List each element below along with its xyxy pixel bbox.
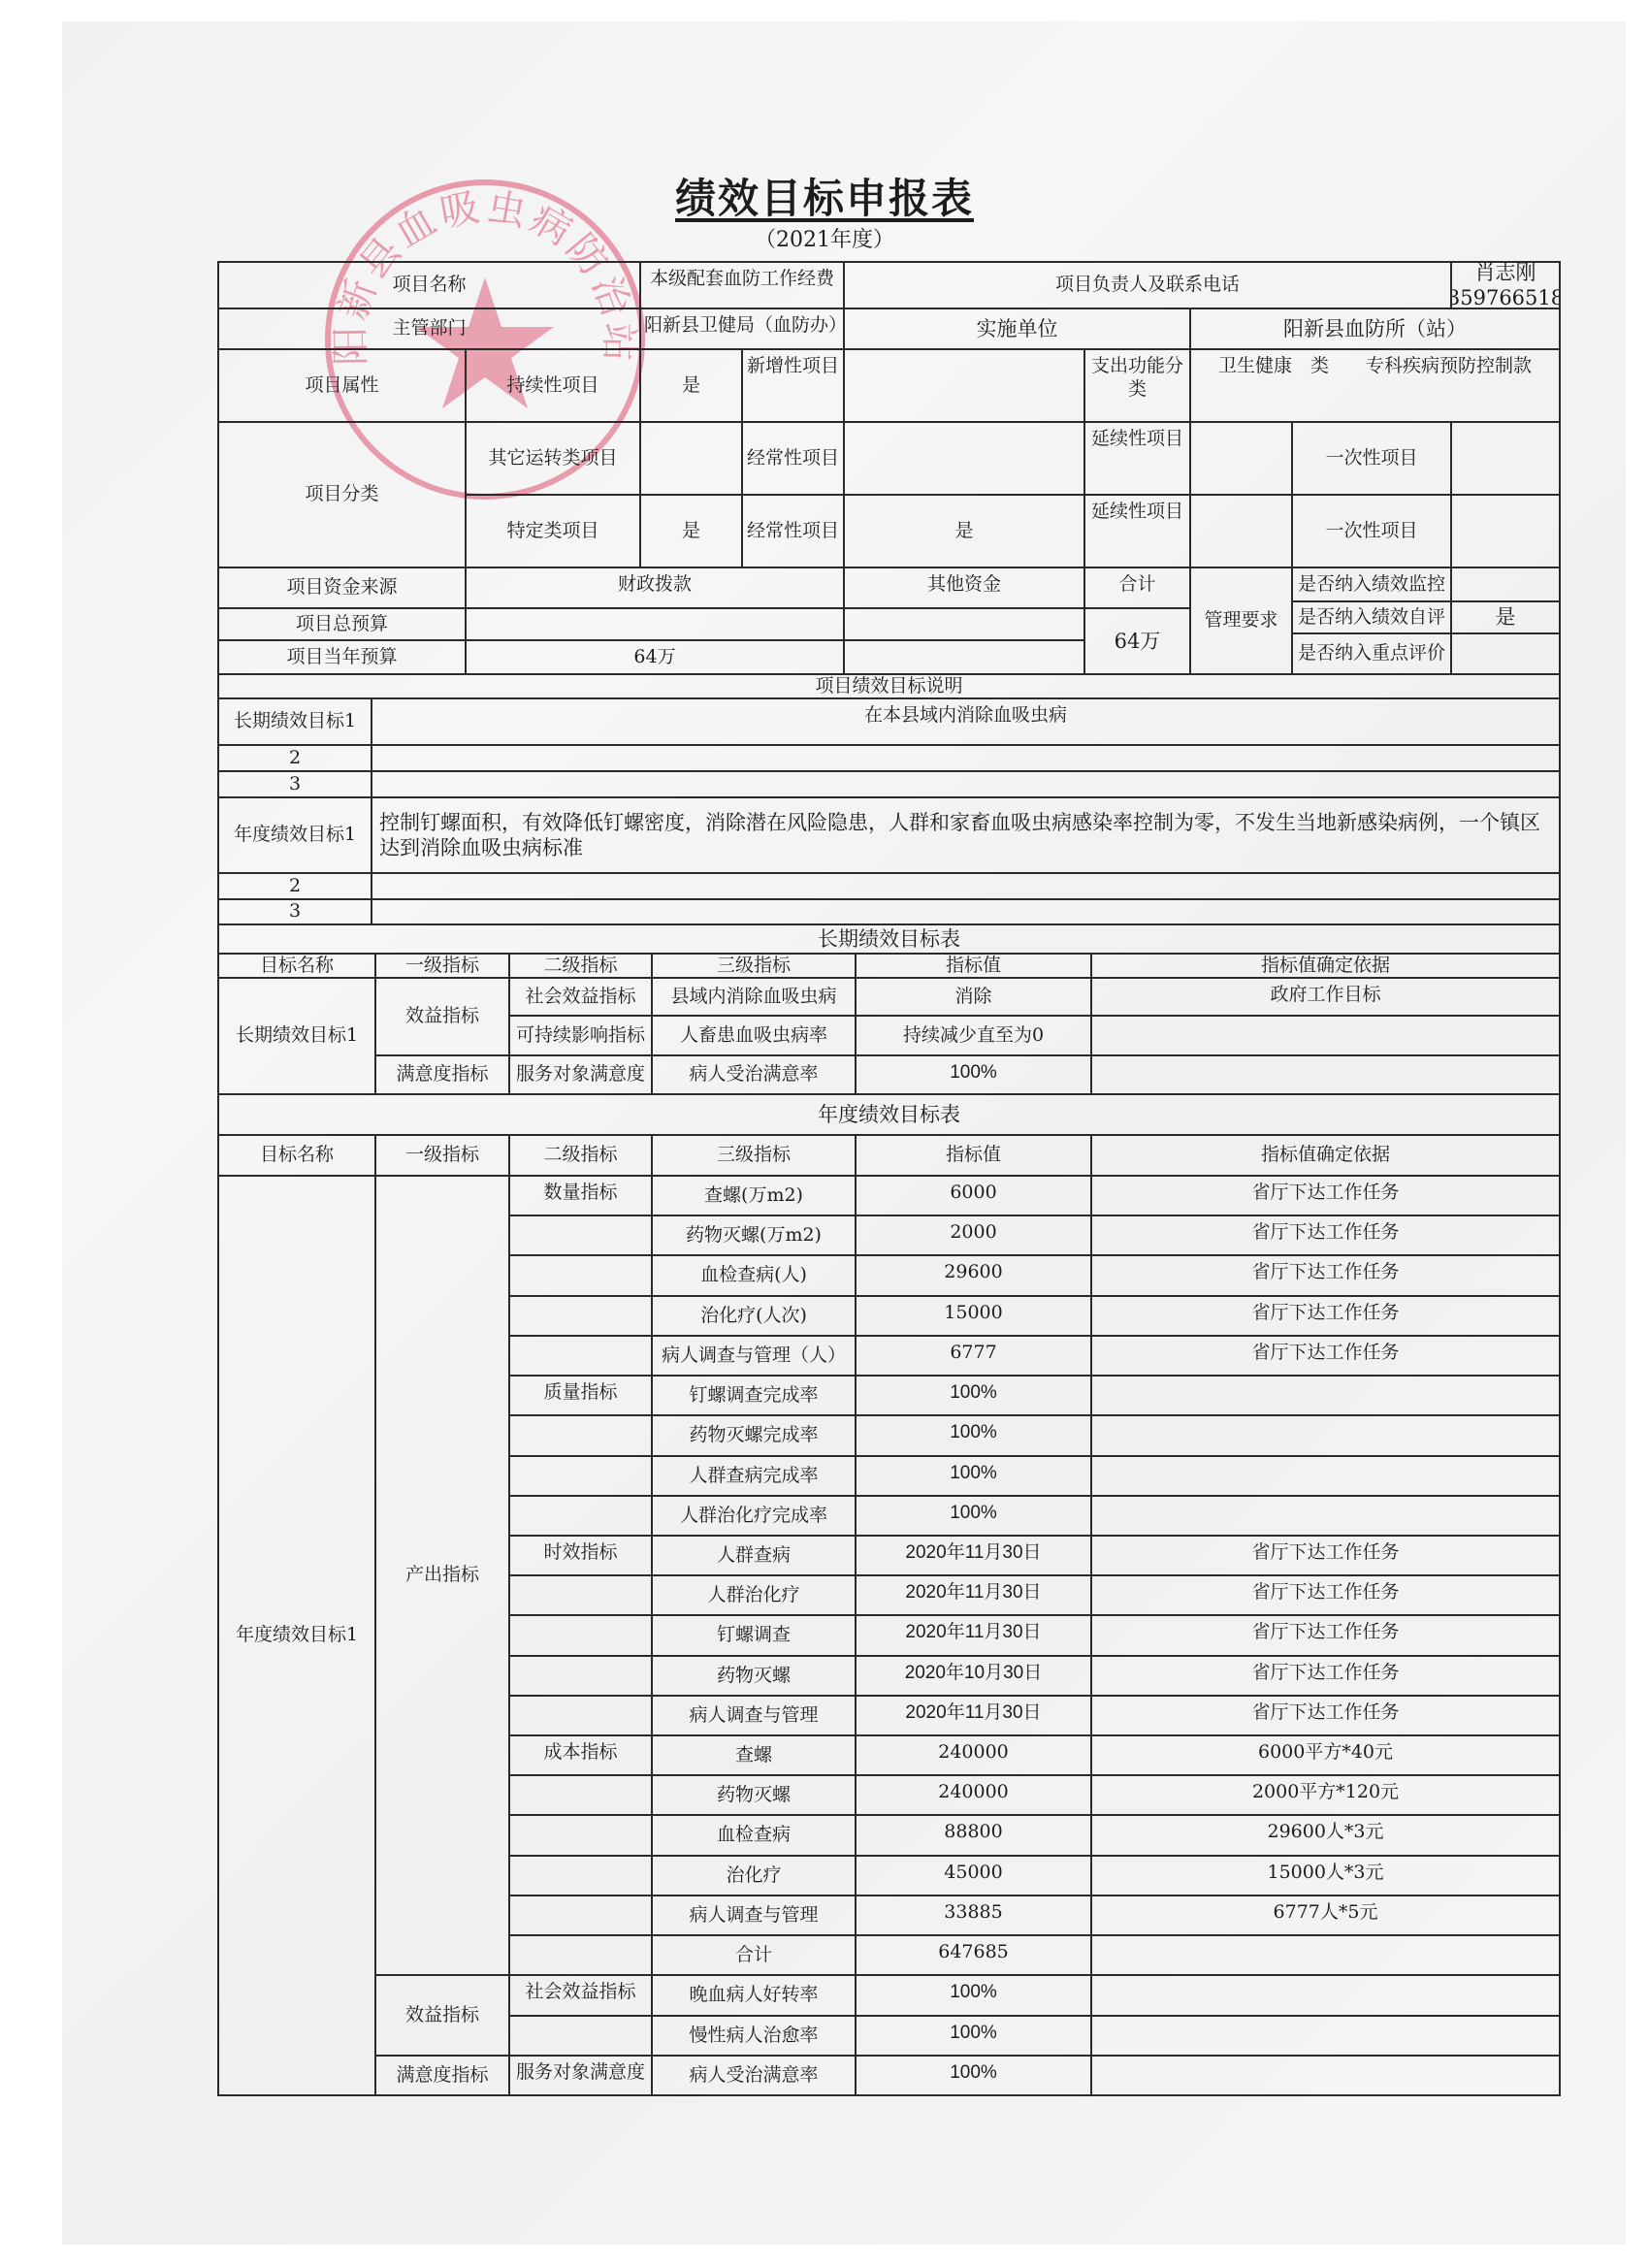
annual-table-header: 二级指标 — [509, 1135, 652, 1176]
annual-basis: 2000平方*120元 — [1091, 1775, 1560, 1815]
annual-level3: 人群查病完成率 — [652, 1456, 856, 1496]
table-rule — [508, 1295, 510, 1337]
table-rule — [1090, 1175, 1561, 1177]
table-rule — [651, 1495, 857, 1497]
table-rule — [651, 1215, 857, 1216]
long-basis — [1091, 1016, 1560, 1055]
table-rule — [651, 1614, 857, 1616]
table-rule — [217, 898, 372, 900]
dept-value: 阳新县卫健局（血防办） — [640, 308, 844, 349]
table-rule — [651, 1254, 857, 1256]
table-rule — [465, 494, 641, 496]
table-rule — [651, 1335, 653, 1377]
long-term-goal-text — [372, 771, 1560, 797]
table-rule — [1450, 494, 1561, 496]
table-rule — [508, 2015, 653, 2017]
table-rule — [374, 1054, 510, 1056]
table-rule — [1450, 600, 1561, 602]
extend-label: 延续性项目 — [1084, 422, 1190, 495]
annual-level2 — [509, 1215, 652, 1255]
long-term-goal-text: 在本县域内消除血吸虫病 — [372, 698, 1560, 745]
table-rule — [508, 2015, 510, 2057]
table-rule — [465, 607, 467, 641]
table-rule — [1189, 308, 1191, 350]
table-rule — [1559, 308, 1561, 350]
table-rule — [855, 1335, 857, 1377]
total-budget-other — [844, 608, 1084, 640]
annual-basis — [1091, 1975, 1560, 2016]
table-rule — [1559, 1774, 1561, 1816]
table-rule — [1090, 1734, 1561, 1736]
annual-basis — [1091, 1935, 1560, 1975]
table-rule — [1090, 1134, 1561, 1136]
table-rule — [651, 1974, 857, 1976]
table-rule — [371, 796, 372, 874]
table-rule — [1559, 348, 1561, 423]
table-rule — [374, 2094, 510, 2096]
table-rule — [651, 1054, 653, 1095]
table-rule — [508, 1375, 653, 1377]
table-rule — [651, 1535, 857, 1537]
attr-label: 项目属性 — [218, 349, 466, 422]
annual-basis — [1091, 1456, 1560, 1496]
table-rule — [855, 1495, 1092, 1497]
key-eval-value — [1451, 633, 1560, 674]
self-eval-value: 是 — [1451, 601, 1560, 633]
table-rule — [508, 2055, 510, 2096]
table-rule — [374, 953, 376, 979]
annual-goal-text: 控制钉螺面积，有效降低钉螺密度，消除潜在风险隐患，人群和家畜血吸虫病感染率控制为… — [372, 797, 1560, 873]
other-ops-label: 其它运转类项目 — [466, 422, 640, 495]
table-rule — [217, 744, 372, 746]
table-rule — [1559, 673, 1561, 699]
annual-goal-name: 年度绩效目标1 — [218, 1176, 375, 2095]
annual-goal-text — [372, 873, 1560, 899]
table-rule — [843, 348, 1085, 350]
table-rule — [855, 953, 1092, 955]
table-rule — [1090, 1175, 1092, 1216]
table-rule — [508, 1335, 653, 1337]
table-rule — [651, 1855, 653, 1896]
table-rule — [1559, 744, 1561, 772]
long-value: 100% — [856, 1055, 1091, 1094]
table-rule — [855, 1215, 1092, 1216]
table-rule — [855, 1574, 857, 1616]
table-rule — [1090, 1254, 1561, 1256]
table-rule — [855, 1974, 857, 2017]
table-rule — [843, 308, 1191, 309]
table-rule — [217, 1175, 219, 2096]
annual-level3: 人群治化疗 — [652, 1575, 856, 1615]
table-rule — [855, 1455, 857, 1497]
annual-value: 15000 — [856, 1296, 1091, 1336]
table-rule — [1090, 1375, 1561, 1377]
table-rule — [855, 1695, 1092, 1697]
table-rule — [651, 1375, 653, 1416]
table-rule — [374, 953, 510, 955]
table-rule — [651, 953, 653, 979]
table-rule — [371, 697, 372, 746]
year-budget-total: 64万 — [1084, 608, 1190, 674]
annual-value: 100% — [856, 2016, 1091, 2056]
table-rule — [1559, 1614, 1561, 1657]
table-rule — [843, 567, 845, 609]
annual-level3: 合计 — [652, 1935, 856, 1975]
annual-level3: 血检查病(人) — [652, 1255, 856, 1296]
table-rule — [508, 1734, 653, 1736]
table-rule — [508, 1934, 653, 1936]
table-rule — [843, 639, 1085, 641]
table-rule — [1090, 2094, 1561, 2096]
table-rule — [508, 1295, 653, 1297]
annual-basis: 省厅下达工作任务 — [1091, 1656, 1560, 1696]
table-rule — [1090, 1455, 1561, 1457]
table-rule — [651, 1934, 857, 1936]
table-rule — [651, 2055, 653, 2096]
table-rule — [508, 1574, 653, 1576]
table-rule — [1090, 1895, 1092, 1936]
table-rule — [508, 1855, 510, 1896]
table-rule — [1559, 600, 1561, 634]
table-rule — [1189, 494, 1293, 496]
table-rule — [1559, 1734, 1561, 1776]
annual-level2: 时效指标 — [509, 1536, 652, 1575]
table-rule — [508, 1134, 510, 1177]
annual-value: 647685 — [856, 1935, 1091, 1975]
table-rule — [1450, 421, 1452, 496]
table-rule — [508, 1695, 510, 1736]
table-rule — [651, 1134, 857, 1136]
long-table-title: 长期绩效目标表 — [218, 924, 1560, 954]
table-rule — [1189, 567, 1293, 568]
table-rule — [1090, 1455, 1092, 1497]
table-rule — [855, 977, 1092, 979]
table-rule — [1090, 953, 1561, 955]
table-rule — [508, 1414, 653, 1416]
table-rule — [217, 872, 372, 874]
table-rule — [855, 953, 857, 979]
table-rule — [1559, 1175, 1561, 1216]
impl-value: 阳新县血防所（站） — [1190, 308, 1560, 349]
annual-level3: 人群查病 — [652, 1536, 856, 1575]
table-rule — [508, 1134, 653, 1136]
table-rule — [1559, 1814, 1561, 1857]
table-rule — [741, 494, 845, 496]
annual-level3: 药物灭螺完成率 — [652, 1415, 856, 1456]
table-rule — [1559, 567, 1561, 602]
table-rule — [1559, 1695, 1561, 1736]
long-value: 持续减少直至为0 — [856, 1016, 1091, 1055]
annual-level3: 病人受治满意率 — [652, 2056, 856, 2095]
table-rule — [508, 1974, 653, 1976]
once-label-2: 一次性项目 — [1292, 495, 1451, 567]
table-rule — [508, 1895, 510, 1936]
table-rule — [1090, 1614, 1561, 1616]
self-eval-label: 是否纳入绩效自评 — [1292, 601, 1451, 633]
table-rule — [855, 1774, 857, 1816]
table-rule — [1083, 421, 1085, 496]
func-class-value: 卫生健康 类 专科疾病预防控制款 — [1190, 349, 1560, 422]
table-rule — [1291, 421, 1293, 496]
table-rule — [1090, 1734, 1092, 1776]
table-rule — [508, 1175, 653, 1177]
table-rule — [855, 1855, 857, 1896]
table-rule — [508, 1855, 653, 1857]
table-rule — [508, 1774, 653, 1776]
table-rule — [1083, 348, 1191, 350]
table-rule — [855, 1015, 1092, 1017]
document-year: （2021年度） — [0, 223, 1649, 253]
annual-level2 — [509, 1615, 652, 1656]
table-rule — [1559, 1495, 1561, 1537]
long-level1: 效益指标 — [375, 978, 509, 1055]
table-rule — [1090, 1574, 1092, 1616]
table-rule — [1559, 1054, 1561, 1095]
table-rule — [651, 1215, 653, 1256]
table-rule — [217, 796, 372, 798]
table-rule — [1189, 421, 1191, 496]
table-rule — [1189, 567, 1191, 675]
long-term-goal-label: 长期绩效目标1 — [218, 698, 372, 745]
monitor-value — [1451, 567, 1560, 601]
table-rule — [651, 1814, 653, 1857]
table-rule — [651, 1895, 653, 1936]
annual-value: 88800 — [856, 1815, 1091, 1856]
annual-table-header: 三级指标 — [652, 1135, 856, 1176]
table-rule — [1559, 923, 1561, 955]
table-rule — [741, 421, 743, 496]
table-rule — [508, 1015, 653, 1017]
annual-level1: 满意度指标 — [375, 2056, 509, 2095]
project-name-label: 项目名称 — [218, 262, 640, 308]
annual-level2: 成本指标 — [509, 1735, 652, 1775]
table-rule — [465, 421, 467, 496]
regular-label-2: 经常性项目 — [742, 495, 844, 567]
table-rule — [1090, 2055, 1561, 2057]
goals-section-header: 项目绩效目标说明 — [218, 674, 1560, 698]
annual-level2: 质量指标 — [509, 1376, 652, 1415]
table-rule — [855, 1015, 857, 1056]
table-rule — [1450, 261, 1452, 309]
table-rule — [651, 1774, 857, 1776]
table-rule — [855, 1814, 857, 1857]
long-level2: 可持续影响指标 — [509, 1016, 652, 1055]
table-rule — [855, 1535, 1092, 1537]
once-value-2 — [1451, 495, 1560, 567]
table-rule — [855, 1895, 857, 1936]
table-rule — [217, 261, 219, 309]
annual-basis — [1091, 1415, 1560, 1456]
annual-value: 45000 — [856, 1856, 1091, 1895]
table-rule — [1090, 1695, 1561, 1697]
table-rule — [1090, 2055, 1092, 2096]
annual-level3: 治化疗 — [652, 1856, 856, 1895]
table-rule — [843, 421, 845, 496]
annual-basis: 省厅下达工作任务 — [1091, 1615, 1560, 1656]
table-rule — [855, 1175, 857, 1216]
annual-basis: 省厅下达工作任务 — [1091, 1336, 1560, 1376]
table-rule — [508, 1814, 510, 1857]
table-rule — [1559, 2055, 1561, 2096]
table-rule — [855, 1734, 1092, 1736]
table-rule — [1090, 1335, 1561, 1337]
table-rule — [855, 1295, 1092, 1297]
table-rule — [855, 2015, 857, 2057]
table-rule — [855, 1655, 1092, 1657]
annual-level3: 查螺 — [652, 1735, 856, 1775]
year-budget-label: 项目当年预算 — [218, 640, 466, 674]
table-rule — [217, 796, 219, 874]
table-rule — [1090, 1855, 1561, 1857]
table-rule — [217, 1175, 376, 1177]
table-rule — [217, 567, 219, 609]
table-rule — [651, 2094, 857, 2096]
table-rule — [1189, 348, 1561, 350]
mgmt-label: 管理要求 — [1190, 567, 1292, 674]
regular-value-1 — [844, 422, 1084, 495]
table-rule — [508, 1335, 510, 1377]
table-rule — [1090, 1574, 1561, 1576]
annual-value: 100% — [856, 1496, 1091, 1536]
annual-value: 33885 — [856, 1895, 1091, 1935]
table-rule — [651, 1134, 653, 1177]
table-rule — [1083, 348, 1085, 423]
annual-level2 — [509, 1935, 652, 1975]
table-rule — [465, 639, 845, 641]
table-rule — [1090, 1774, 1092, 1816]
table-rule — [651, 977, 653, 1017]
table-rule — [855, 1414, 1092, 1416]
table-rule — [465, 567, 845, 568]
annual-value: 2000 — [856, 1215, 1091, 1255]
annual-value: 240000 — [856, 1775, 1091, 1815]
table-rule — [651, 1734, 857, 1736]
table-rule — [1291, 632, 1452, 634]
table-rule — [1450, 567, 1452, 602]
table-rule — [1189, 421, 1293, 423]
table-rule — [508, 1455, 653, 1457]
table-rule — [508, 1495, 510, 1537]
table-rule — [855, 1535, 857, 1576]
annual-level2: 社会效益指标 — [509, 1975, 652, 2016]
table-rule — [465, 607, 845, 609]
table-rule — [855, 1455, 1092, 1457]
table-rule — [465, 348, 467, 423]
table-rule — [508, 2055, 653, 2057]
long-level3: 人畜患血吸虫病率 — [652, 1016, 856, 1055]
annual-level3: 治化疗(人次) — [652, 1296, 856, 1336]
table-rule — [1291, 421, 1452, 423]
table-rule — [1090, 1655, 1092, 1697]
table-rule — [855, 1614, 1092, 1616]
annual-level2 — [509, 1696, 652, 1735]
table-rule — [1559, 898, 1561, 925]
table-rule — [508, 1695, 653, 1697]
table-rule — [639, 308, 641, 350]
annual-basis — [1091, 1496, 1560, 1536]
long-term-goal-label: 2 — [218, 745, 372, 771]
table-rule — [371, 744, 1561, 746]
monitor-label: 是否纳入绩效监控 — [1292, 567, 1451, 601]
table-rule — [508, 1455, 510, 1497]
annual-level3: 晚血病人好转率 — [652, 1975, 856, 2016]
specific-label: 特定类项目 — [466, 495, 640, 567]
table-rule — [651, 1855, 857, 1857]
table-rule — [1090, 977, 1092, 1017]
table-rule — [651, 1655, 857, 1657]
table-rule — [855, 1054, 857, 1095]
table-rule — [843, 494, 1085, 496]
annual-basis: 29600人*3元 — [1091, 1815, 1560, 1856]
long-level3: 病人受治满意率 — [652, 1055, 856, 1094]
table-rule — [855, 2055, 857, 2096]
table-rule — [651, 1295, 653, 1337]
new-value — [844, 349, 1084, 422]
table-rule — [1090, 1934, 1092, 1976]
table-rule — [651, 1015, 857, 1017]
table-rule — [217, 607, 219, 641]
table-rule — [639, 421, 641, 496]
table-rule — [1291, 632, 1293, 675]
table-rule — [217, 872, 219, 900]
table-rule — [1090, 1254, 1092, 1297]
table-rule — [374, 2055, 510, 2057]
table-rule — [217, 697, 372, 699]
once-value — [1451, 422, 1560, 495]
long-level3: 县域内消除血吸虫病 — [652, 978, 856, 1016]
annual-value: 100% — [856, 2056, 1091, 2095]
table-rule — [371, 770, 1561, 772]
long-level2: 社会效益指标 — [509, 978, 652, 1016]
table-rule — [1291, 494, 1452, 496]
table-rule — [217, 421, 467, 423]
table-rule — [508, 953, 653, 955]
table-rule — [1090, 1015, 1092, 1056]
table-rule — [508, 1215, 510, 1256]
table-rule — [508, 1175, 510, 1216]
annual-table-header: 一级指标 — [375, 1135, 509, 1176]
table-rule — [217, 770, 219, 798]
table-rule — [741, 421, 845, 423]
total-label: 合计 — [1084, 567, 1190, 608]
long-level2: 服务对象满意度 — [509, 1055, 652, 1094]
table-rule — [1090, 1215, 1092, 1256]
table-rule — [1090, 1655, 1561, 1657]
annual-value: 29600 — [856, 1255, 1091, 1296]
regular-label: 经常性项目 — [742, 422, 844, 495]
table-rule — [508, 1774, 510, 1816]
table-rule — [374, 1134, 510, 1136]
fund-source-label: 项目资金来源 — [218, 567, 466, 608]
table-rule — [855, 1895, 1092, 1896]
table-rule — [374, 1175, 510, 1177]
table-rule — [508, 1054, 510, 1095]
annual-basis: 省厅下达工作任务 — [1091, 1696, 1560, 1735]
table-rule — [1090, 1335, 1092, 1377]
table-rule — [508, 1215, 653, 1216]
long-value: 消除 — [856, 978, 1091, 1016]
table-rule — [1083, 639, 1085, 675]
long-level1: 满意度指标 — [375, 1055, 509, 1094]
table-rule — [855, 1175, 1092, 1177]
annual-level2 — [509, 1775, 652, 1815]
table-rule — [374, 1054, 376, 1095]
annual-value: 2020年11月30日 — [856, 1575, 1091, 1615]
table-rule — [1090, 2015, 1561, 2017]
document-title: 绩效目标申报表 — [0, 167, 1649, 225]
table-rule — [1559, 1335, 1561, 1377]
table-rule — [741, 348, 845, 350]
